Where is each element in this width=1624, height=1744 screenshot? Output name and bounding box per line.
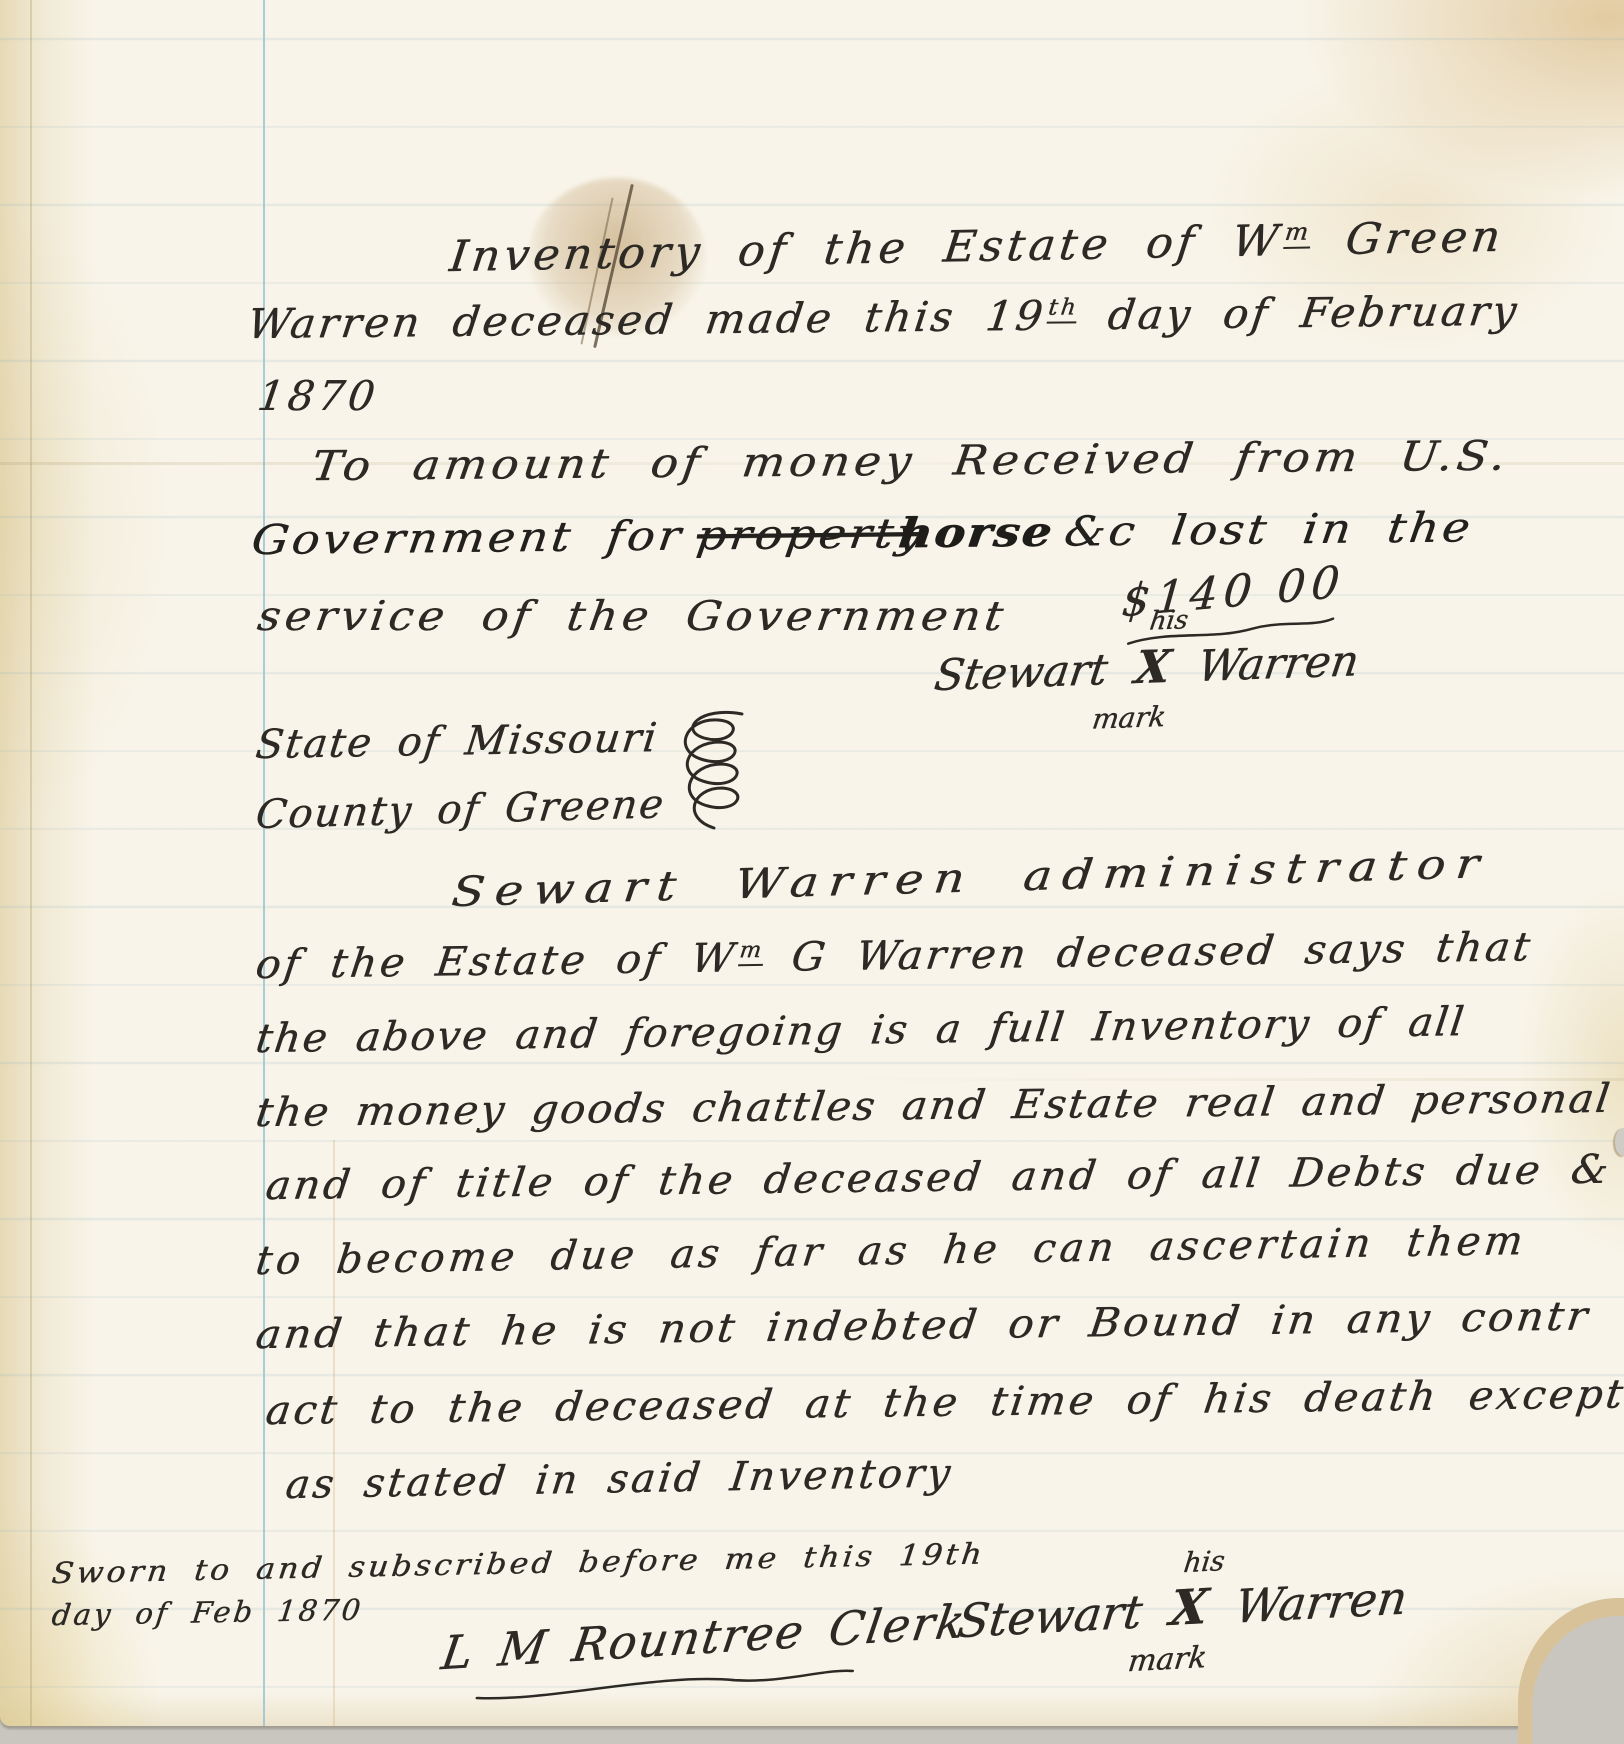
venue-state: State of Missouri (253, 715, 661, 768)
entry-line-2-text: Government for (249, 511, 687, 564)
struck-word-property: property (694, 509, 929, 559)
jurat-line-2: day of Feb 1870 (50, 1593, 365, 1633)
entry-line-2-end: &c lost in the (1062, 503, 1477, 555)
superscript-m-2: m (738, 938, 766, 966)
superscript-th: th (1046, 295, 1080, 324)
title-line-2-end: day of February (1074, 287, 1522, 340)
superscript-m: m (1283, 217, 1314, 249)
fold-crease-vertical (30, 0, 32, 1726)
margin-rule-line (263, 0, 265, 1726)
signature-bottom-last-name: Warren (1232, 1570, 1410, 1633)
signature-his-label: his (1148, 605, 1190, 636)
signature-x-mark: X (1132, 640, 1174, 695)
scanned-document: Inventory of the Estate of Wm Green Warr… (0, 0, 1624, 1744)
title-line-3-year: 1870 (255, 372, 382, 420)
title-line-1-end: Green (1308, 212, 1507, 266)
signature-last-name: Warren (1195, 636, 1362, 692)
signature-mark-label: mark (1090, 700, 1168, 736)
signature-bottom-mark-label: mark (1126, 1640, 1209, 1679)
signature-bottom-first-name: Stewart (955, 1584, 1146, 1648)
entry-line-3: service of the Government (255, 592, 1011, 640)
affidavit-line-2-text: of the Estate of W (253, 935, 739, 988)
signature-bottom-his-label: his (1182, 1544, 1227, 1579)
torn-edge-notch (1615, 1128, 1624, 1156)
overwritten-word-horse: horse (896, 508, 1057, 558)
signature-first-name: Stewart (931, 645, 1110, 701)
title-line-2-text: Warren deceased made this 19 (245, 292, 1049, 348)
signature-bottom-x-mark: X (1167, 1579, 1211, 1637)
